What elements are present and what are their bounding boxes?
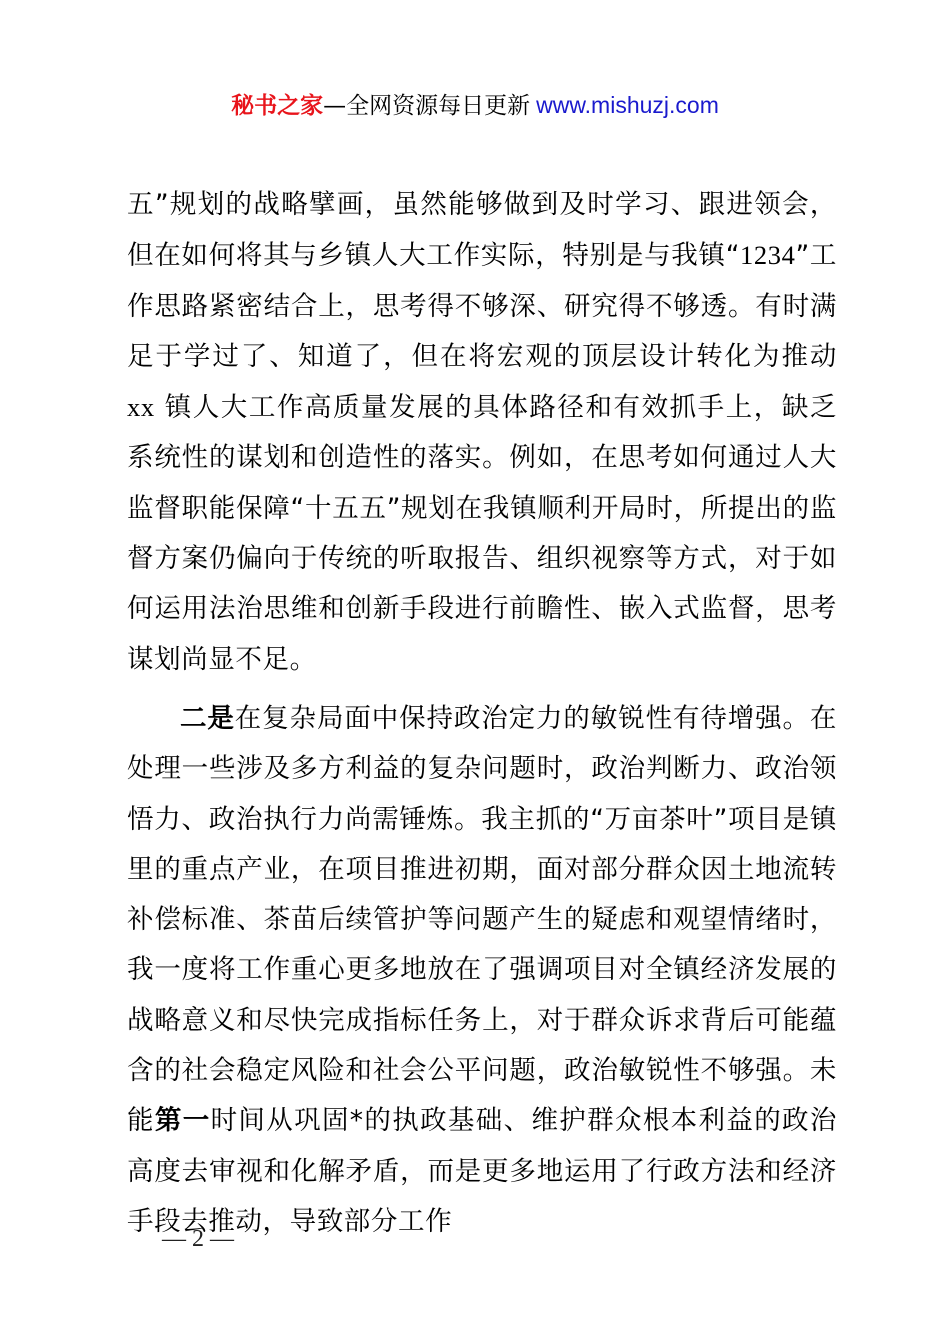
site-slogan: —全网资源每日更新 (323, 93, 530, 119)
site-url-link[interactable]: www.mishuzj.com (536, 92, 719, 118)
paragraph-1-text-c: 镇人大工作高质量发展的具体路径和有效抓手上，缺乏系统性的谋划和创造性的落实。例如… (127, 392, 837, 674)
paragraph-1-number-1234: 1234 (740, 240, 795, 270)
document-body: 五”规划的战略擘画，虽然能够做到及时学习、跟进领会，但在如何将其与乡镇人大工作实… (127, 180, 837, 1247)
paragraph-1: 五”规划的战略擘画，虽然能够做到及时学习、跟进领会，但在如何将其与乡镇人大工作实… (127, 180, 837, 685)
page-number: — 2 — (162, 1224, 234, 1254)
brand-name: 秘书之家 (231, 93, 323, 119)
paragraph-2-text-b: 时间从巩固*的执政基础、维护群众根本利益的政治高度去审视和化解矛盾，而是更多地运… (127, 1105, 837, 1237)
site-header: 秘书之家—全网资源每日更新www.mishuzj.com (0, 88, 950, 123)
paragraph-1-text-a: 五”规划的战略擘画，虽然能够做到及时学习、跟进领会，但在如何将其与乡镇人大工作实… (127, 189, 837, 271)
document-page: 秘书之家—全网资源每日更新www.mishuzj.com 五”规划的战略擘画，虽… (0, 0, 950, 1344)
paragraph-1-placeholder-xx: xx (127, 392, 155, 422)
paragraph-2-lead-bold: 二是 (180, 703, 235, 734)
paragraph-2: 二是在复杂局面中保持政治定力的敏锐性有待增强。在处理一些涉及多方利益的复杂问题时… (127, 694, 837, 1247)
paragraph-2-bold-first: 第一 (155, 1105, 211, 1136)
paragraph-2-text-a: 在复杂局面中保持政治定力的敏锐性有待增强。在处理一些涉及多方利益的复杂问题时，政… (127, 703, 837, 1136)
